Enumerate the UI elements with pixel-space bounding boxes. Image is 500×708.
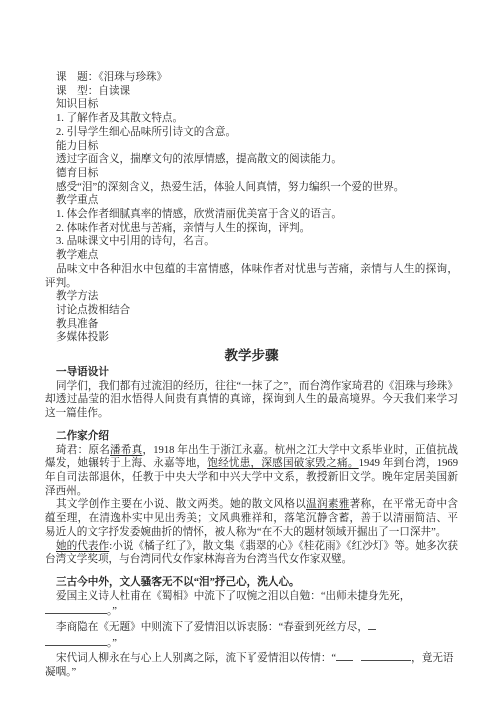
author-style-paragraph: 其文学创作主要在小说、散文两类。她的散文风格以温润素雅著称，在平常无奇中含蕴至理… <box>45 498 458 539</box>
underlined-phrase: 温润素雅 <box>306 499 350 510</box>
difficulty-text: 品味文中各种泪水中包蕴的丰富情感，体味作者对忧患与苦痛，亲情与人生的探询，评判。 <box>45 263 458 290</box>
teaching-focus-heading: 教学重点 <box>45 194 458 208</box>
lishangyin-quote-line: 李商隐在《无题》中则流下了爱情泪以诉衷肠：“春蚕到死丝方尽， <box>45 619 458 635</box>
section-2-heading: 二作家介绍 <box>45 430 458 444</box>
fill-in-blank <box>45 603 107 614</box>
section-3-heading: 三古今中外，文人骚客无不以“泪”抒己心，洗人心。 <box>45 576 458 590</box>
quote-end: 。” <box>107 606 117 617</box>
fill-in-blank <box>368 619 376 630</box>
focus-item: 3. 品味课文中引用的诗句，名言。 <box>45 235 458 249</box>
spacer <box>45 421 458 430</box>
teaching-aids-heading: 教具准备 <box>45 318 458 332</box>
underlined-phrase: 饱经忧患，深感国破家毁之痛。 <box>207 458 358 469</box>
quote-end: 。” <box>107 638 117 649</box>
page-number: 1 <box>0 653 500 663</box>
intro-paragraph: 同学们，我们都有过流泪的经历，往往“一抹了之”，而台湾作家琦君的《泪珠与珍珠》却… <box>45 380 458 421</box>
ability-objectives-heading: 能力目标 <box>45 140 458 154</box>
document-content: 课 题：《泪珠与珍珠》 课 型：自读课 知识目标 1. 了解作者及其散文特点。 … <box>45 71 458 680</box>
objective-item: 2. 引导学生细心品味所引诗文的含意。 <box>45 126 458 140</box>
underlined-phrase: 她的代表作 <box>56 541 109 552</box>
bio-text: 琦君：原名 <box>56 445 110 456</box>
method-text: 讨论点拨相结合 <box>45 304 458 318</box>
focus-item: 1. 体会作者细腻真率的情感，欣赏清丽优美富于含义的语言。 <box>45 208 458 222</box>
quote-text: 李商隐在《无题》中则流下了爱情泪以诉衷肠：“春蚕到死丝方尽， <box>56 622 368 633</box>
knowledge-objectives-heading: 知识目标 <box>45 98 458 112</box>
spacer <box>45 567 458 576</box>
underlined-name: 潘希真 <box>110 445 142 456</box>
document-page: 课 题：《泪珠与珍珠》 课 型：自读课 知识目标 1. 了解作者及其散文特点。 … <box>0 0 500 708</box>
fill-in-blank <box>45 635 107 646</box>
objective-item: 感受“泪”的深刻含义，热爱生活，体验人间真情，努力编织一个爱的世界。 <box>45 181 458 195</box>
author-bio-paragraph: 琦君：原名潘希真，1918 年出生于浙江永嘉。杭州之江大学中文系毕业时，正值抗战… <box>45 444 458 499</box>
objective-item: 1. 了解作者及其散文特点。 <box>45 112 458 126</box>
liuyong-quote-continuation: 凝咽。” <box>45 666 458 680</box>
teaching-difficulty-heading: 教学难点 <box>45 249 458 263</box>
focus-item: 2. 体味作者对忧患与苦痛，亲情与人生的探询，评判。 <box>45 222 458 236</box>
bio-text: 其文学创作主要在小说、散文两类。她的散文风格以 <box>56 499 306 510</box>
course-title-line: 课 题：《泪珠与珍珠》 <box>45 71 458 85</box>
lesson-steps-title: 教学步骤 <box>45 347 458 364</box>
course-type-line: 课 型：自读课 <box>45 85 458 99</box>
objective-item: 透过字面含义，揣摩文句的浓厚情感，提高散文的阅读能力。 <box>45 153 458 167</box>
section-1-heading: 一导语设计 <box>45 366 458 380</box>
teaching-method-heading: 教学方法 <box>45 290 458 304</box>
dufu-blank-line: 。” <box>45 603 458 619</box>
aids-text: 多媒体投影 <box>45 331 458 345</box>
moral-objectives-heading: 德育目标 <box>45 167 458 181</box>
lishangyin-blank-line: 。” <box>45 635 458 651</box>
author-works-paragraph: 她的代表作:小说《橘子红了》，散文集《翡翠的心》《桂花雨》《红沙灯》等。她多次获… <box>45 540 458 567</box>
dufu-quote-line: 爱国主义诗人杜甫在《蜀相》中流下了叹惋之泪以自勉：“出师未捷身先死， <box>45 590 458 604</box>
